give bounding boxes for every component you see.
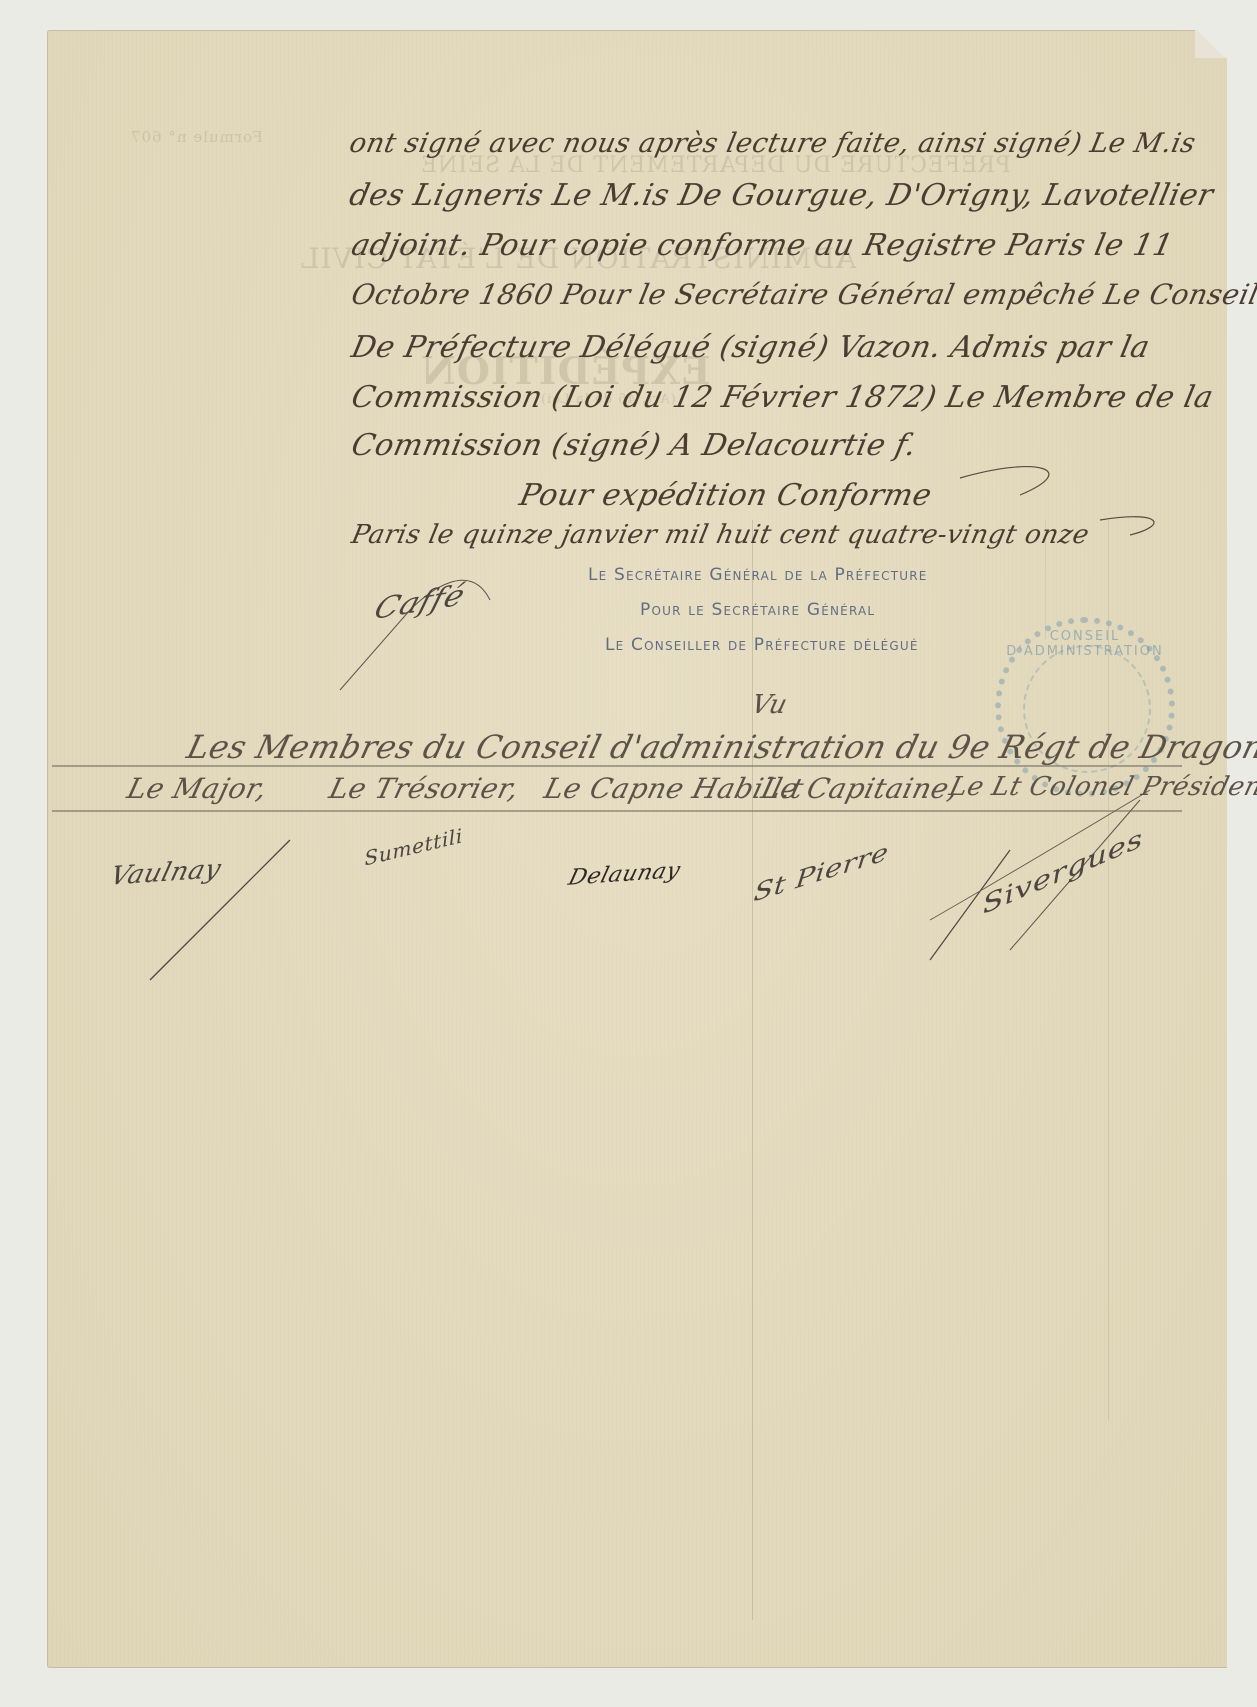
regimental-seal: CONSEIL D'ADMINISTRATION: [995, 617, 1175, 797]
role-title-tresorier: Le Trésorier,: [326, 772, 523, 805]
role-title-major: Le Major,: [124, 772, 271, 805]
vu-mark: Vu: [748, 690, 790, 720]
body-line-7: Commission (signé) A Delacourtie f.: [348, 428, 920, 463]
stamp-line-for-secretary: Pour le Secrétaire Général: [640, 600, 875, 620]
body-line-3: adjoint. Pour copie conforme au Registre…: [348, 228, 1176, 263]
ruled-line-2: [52, 810, 1182, 812]
council-heading: Les Membres du Conseil d'administration …: [183, 728, 1257, 766]
document-page: [47, 30, 1229, 1668]
body-line-8-expedition: Pour expédition Conforme: [516, 478, 935, 513]
stamp-line-conseiller-delegue: Le Conseiller de Préfecture délégué: [605, 635, 919, 655]
role-title-capitaine: Le Capitaine,: [758, 772, 962, 805]
body-line-4: Octobre 1860 Pour le Secrétaire Général …: [348, 278, 1257, 311]
body-line-6: Commission (Loi du 12 Février 1872) Le M…: [348, 380, 1216, 415]
seal-text: CONSEIL D'ADMINISTRATION: [1001, 629, 1169, 659]
ghost-column-line: [752, 520, 753, 1620]
body-line-2: des Ligneris Le M.is De Gourgue, D'Orign…: [346, 178, 1216, 213]
stamp-line-secretary-general: Le Secrétaire Général de la Préfecture: [588, 565, 928, 585]
body-line-9-date: Paris le quinze janvier mil huit cent qu…: [349, 520, 1092, 550]
role-title-lt-colonel-president: Le Lt Colonel Président,: [946, 772, 1257, 802]
body-line-1: ont signé avec nous après lecture faite,…: [347, 128, 1199, 159]
body-line-5: De Préfecture Délégué (signé) Vazon. Adm…: [348, 330, 1153, 365]
folded-corner: [1195, 30, 1227, 58]
